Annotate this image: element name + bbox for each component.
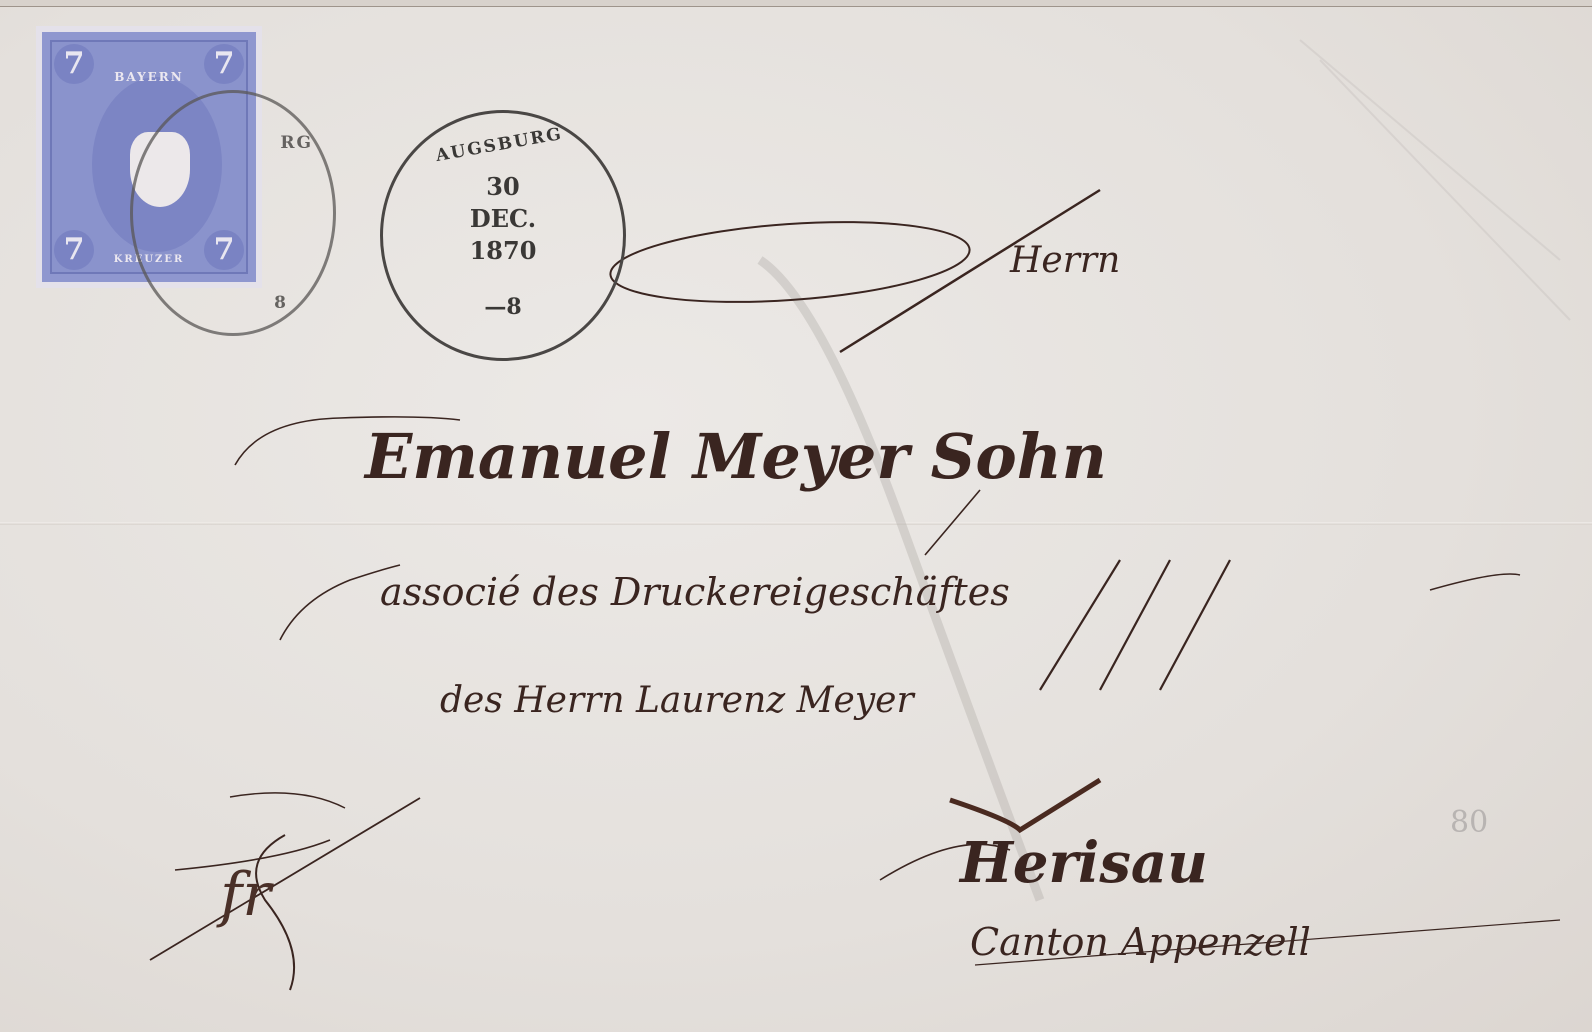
- postmark-time: —8: [383, 293, 623, 321]
- pencil-mark: 80: [1450, 805, 1488, 840]
- postmark-partial-town: RG: [280, 133, 313, 153]
- postmark-partial: RG 8: [130, 90, 336, 336]
- franco-mark: fr: [220, 860, 271, 930]
- postmark-augsburg: AUGSBURG 30 DEC. 1870 —8: [380, 110, 626, 361]
- stamp-value-bottom-left: 7: [54, 230, 94, 270]
- envelope: BAYERN KREUZER 7 7 7 7 RG 8 AUGSBURG 30 …: [0, 0, 1592, 1032]
- stamp-value-top-left: 7: [54, 44, 94, 84]
- postmark-year: 1870: [383, 237, 623, 265]
- addressee-line2: associé des Druckereigeschäftes: [380, 570, 1010, 614]
- postmark-partial-time: 8: [274, 293, 288, 313]
- destination-canton: Canton Appenzell: [970, 920, 1311, 964]
- salutation: Herrn: [1010, 240, 1120, 281]
- addressee-name: Emanuel Meyer Sohn: [365, 420, 1107, 493]
- destination-city: Herisau: [960, 830, 1208, 896]
- postmark-day: 30: [383, 173, 623, 201]
- addressee-line3: des Herrn Laurenz Meyer: [440, 680, 914, 721]
- postmark-town: AUGSBURG: [434, 124, 564, 166]
- stamp-value-top-right: 7: [204, 44, 244, 84]
- postmark-month: DEC.: [383, 205, 623, 233]
